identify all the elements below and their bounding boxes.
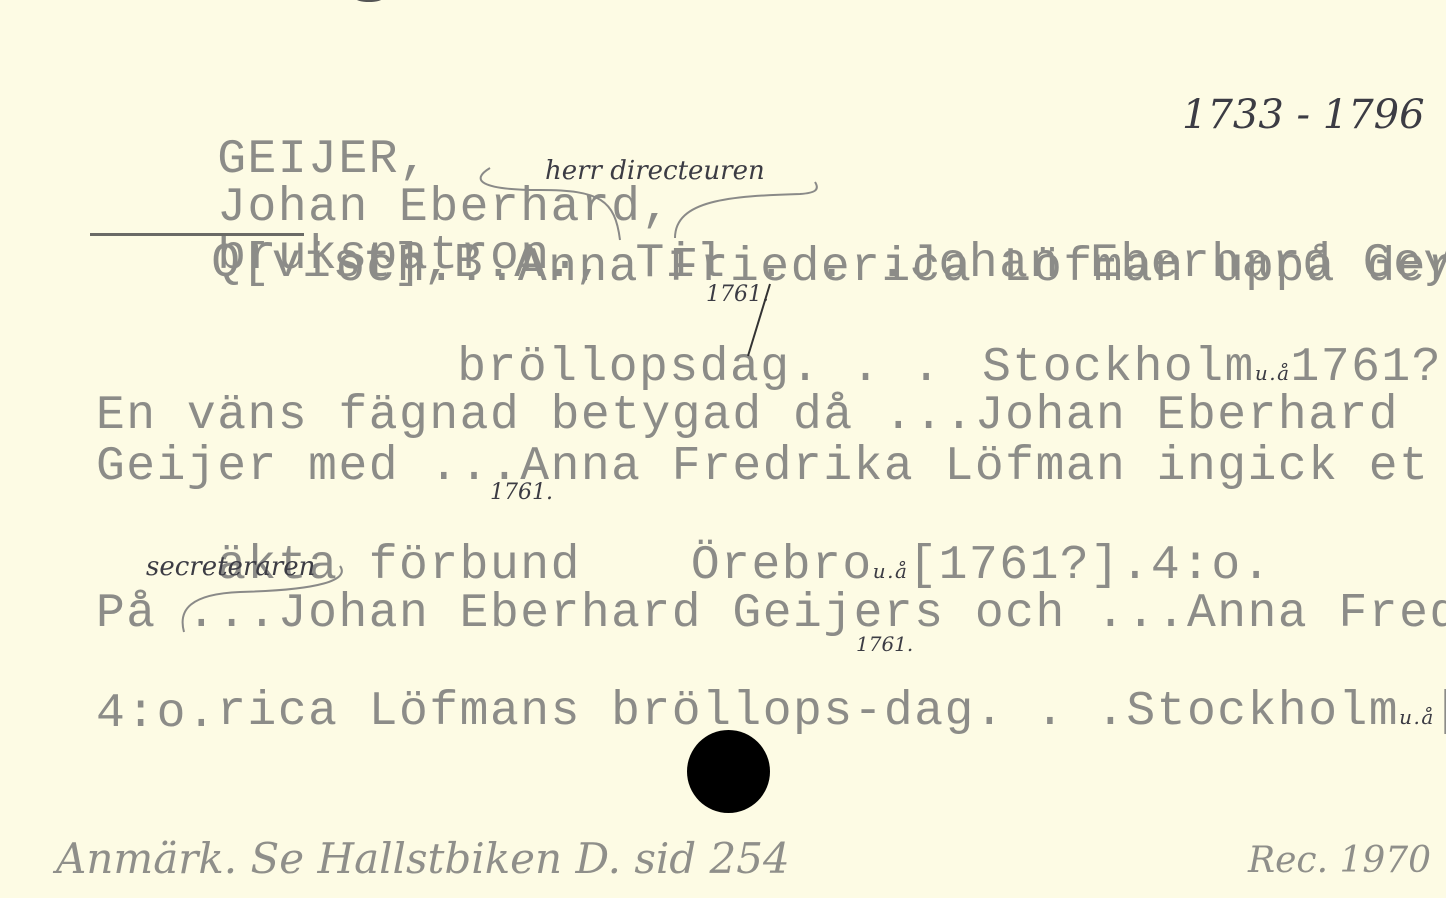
handwritten-record-date: Rec. 1970 — [1248, 840, 1431, 881]
handwritten-year-note-1: 1761. — [706, 282, 769, 307]
handwritten-year-note-2: 1761. — [490, 480, 553, 505]
entry2-line2: Geijer med ...Anna Fredrika Löfman ingic… — [96, 443, 1429, 491]
catalog-card: GEIJER, Johan Eberhard, brukspatron. 173… — [0, 0, 1446, 898]
handwritten-annotation-herr-directeuren: herr directeuren — [545, 156, 765, 186]
handwritten-life-dates: 1733 - 1796 — [1182, 92, 1425, 138]
entry3-line3: 4:o. — [96, 690, 217, 738]
entry3-line1: På ...Johan Eberhard Geijers och ...Anna… — [96, 590, 1446, 638]
handwritten-year-note-3: 1761. — [856, 632, 913, 656]
card-edge-mark — [355, 0, 383, 2]
author-underline — [90, 233, 304, 236]
handwritten-annotation-secreteraren: secreteraren — [146, 552, 315, 582]
punch-hole — [687, 730, 770, 813]
entry1-line2: och...Anna Friederica Löfman uppå deras — [336, 244, 1446, 292]
handwritten-footnote: Anmärk. Se Hallstbiken D. sid 254 — [56, 834, 790, 883]
entry2-line1: En väns fägnad betygad då ...Johan Eberh… — [96, 392, 1399, 440]
heading-surname: GEIJER, — [217, 133, 429, 187]
entry3-line2: rica Löfmans bröllops-dag. . .Stockholmu… — [96, 640, 1446, 784]
